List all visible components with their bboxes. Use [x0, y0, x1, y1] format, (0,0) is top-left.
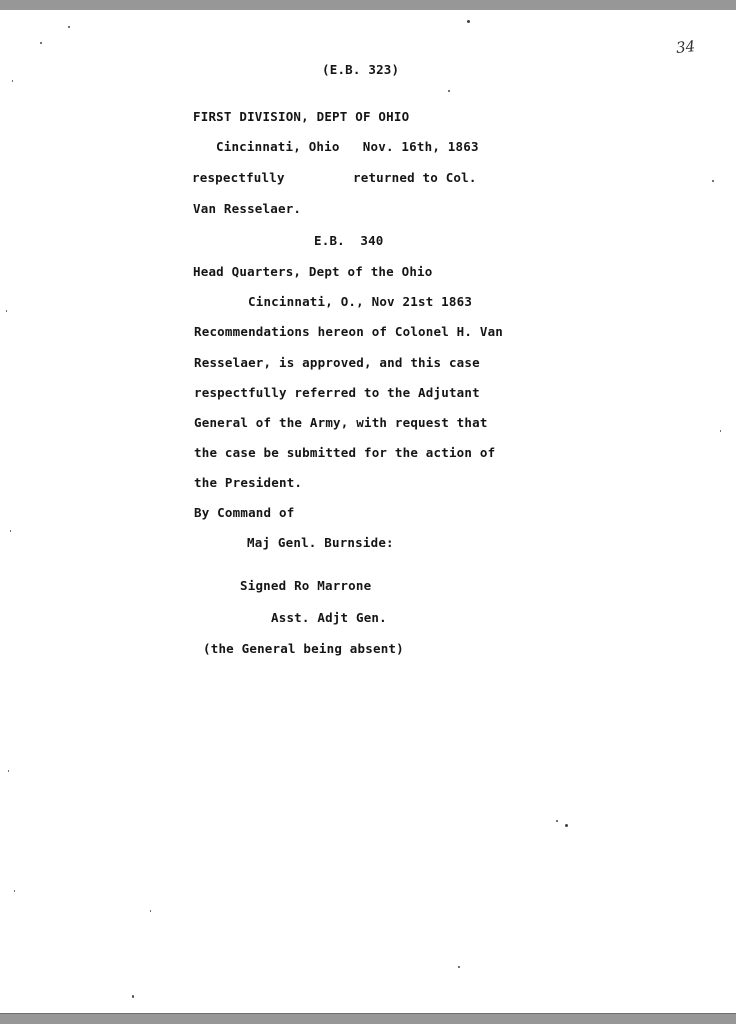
body-text-line: Recommendations hereon of Colonel H. Van — [194, 324, 503, 339]
scan-speck — [556, 820, 558, 822]
signature-title: Asst. Adjt Gen. — [271, 610, 387, 625]
scan-speck — [458, 966, 460, 968]
text-line: Van Resselaer. — [193, 201, 301, 216]
text-line: returned to Col. — [353, 170, 477, 185]
body-text-line: the case be submitted for the action of — [194, 445, 495, 460]
division-heading: FIRST DIVISION, DEPT OF OHIO — [193, 109, 409, 124]
commander-name: Maj Genl. Burnside: — [247, 535, 394, 550]
scan-speck — [150, 910, 151, 912]
header-file-reference: (E.B. 323) — [322, 62, 399, 77]
scan-border-top — [0, 0, 736, 10]
body-text-line: respectfully referred to the Adjutant — [194, 385, 480, 400]
scan-speck — [6, 310, 7, 312]
headquarters-heading: Head Quarters, Dept of the Ohio — [193, 264, 433, 279]
body-text-line: the President. — [194, 475, 302, 490]
scan-speck — [14, 890, 15, 892]
body-text-line: Resselaer, is approved, and this case — [194, 355, 480, 370]
place-date-line-1: Cincinnati, Ohio Nov. 16th, 1863 — [216, 139, 479, 154]
scan-speck — [720, 430, 721, 432]
scan-speck — [12, 80, 13, 82]
absence-note: (the General being absent) — [203, 641, 404, 656]
handwritten-page-number: 34 — [675, 37, 696, 57]
signature-line: Signed Ro Marrone — [240, 578, 371, 593]
scan-speck — [40, 42, 42, 44]
text-line: respectfully — [192, 170, 285, 185]
scan-speck — [448, 90, 450, 92]
document-page: 34 (E.B. 323) FIRST DIVISION, DEPT OF OH… — [0, 10, 736, 1013]
scan-speck — [712, 180, 714, 182]
scan-speck — [565, 824, 568, 827]
body-text-line: General of the Army, with request that — [194, 415, 488, 430]
scan-speck — [132, 995, 134, 998]
scan-speck — [467, 20, 470, 23]
endorsement-reference: E.B. 340 — [314, 233, 384, 248]
scan-border-bottom — [0, 1013, 736, 1024]
scan-speck — [8, 770, 9, 772]
scan-speck — [68, 26, 70, 28]
place-date-line-2: Cincinnati, O., Nov 21st 1863 — [248, 294, 472, 309]
scan-speck — [10, 530, 11, 532]
command-line: By Command of — [194, 505, 294, 520]
